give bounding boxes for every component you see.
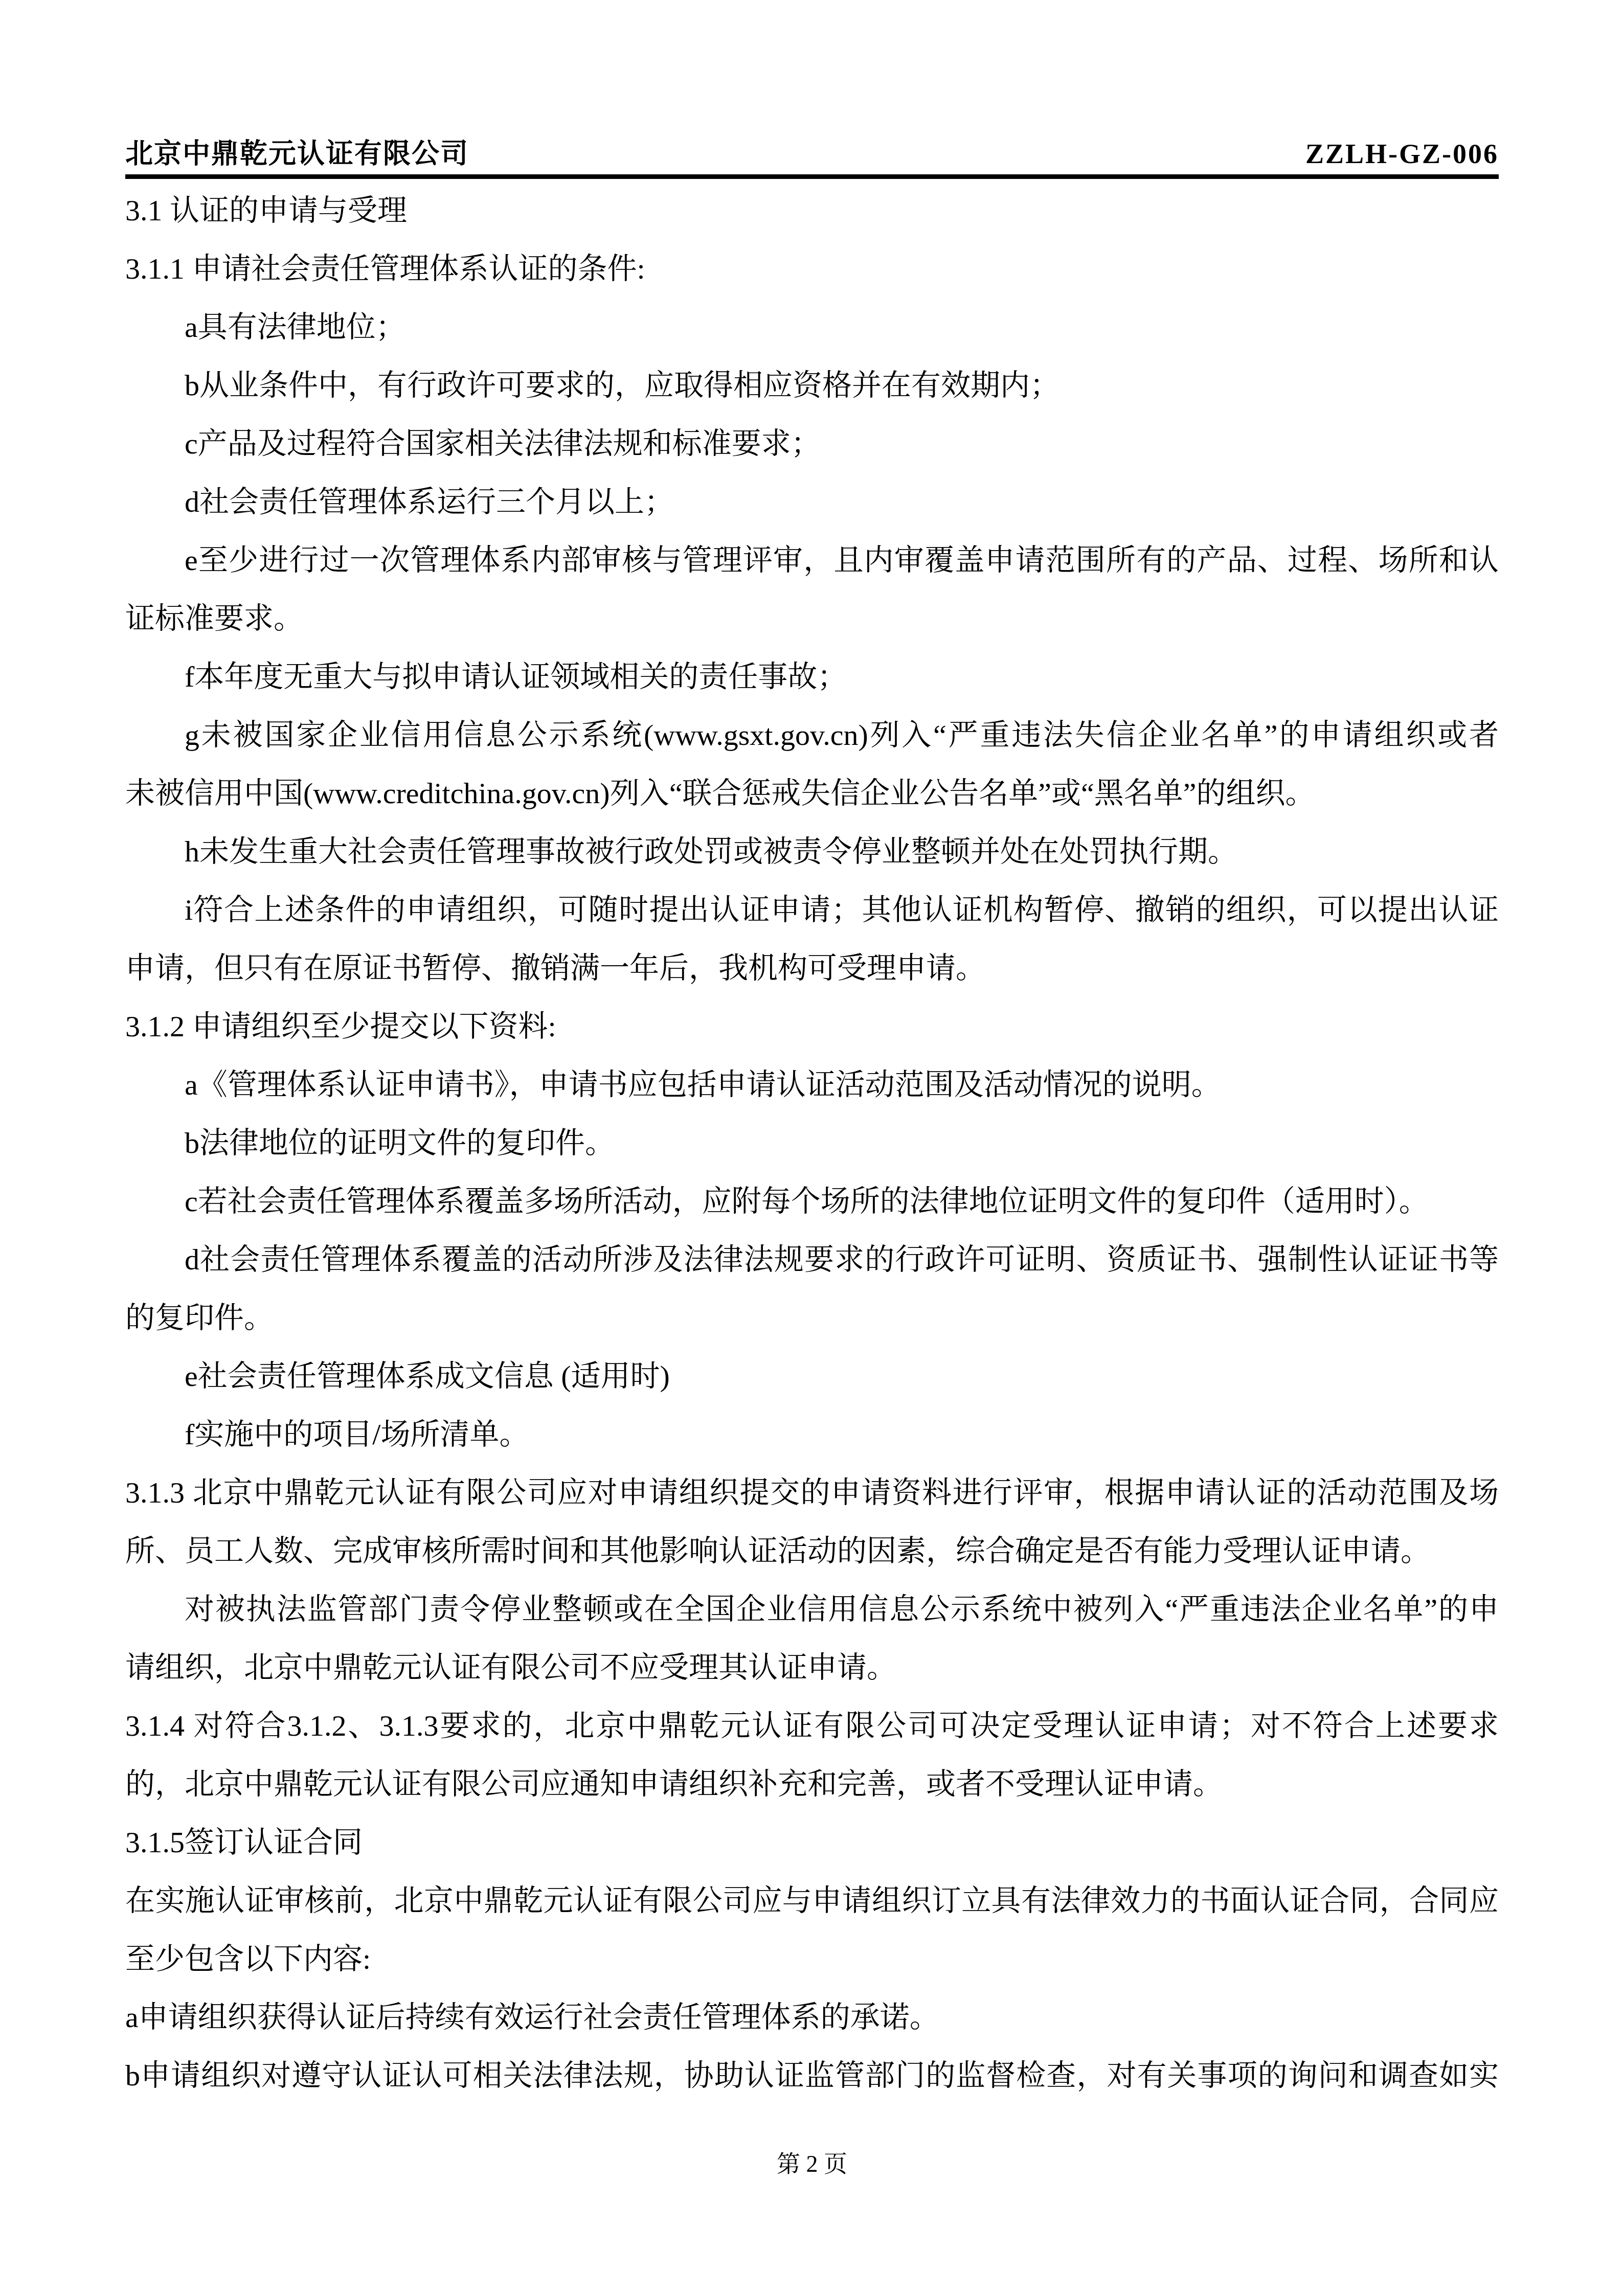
text-line: 3.1.5签订认证合同: [125, 1813, 1499, 1872]
text-line: 对被执法监管部门责令停业整顿或在全国企业信用信息公示系统中被列入“严重违法企业名…: [125, 1580, 1499, 1639]
document-body: 3.1 认证的申请与受理3.1.1 申请社会责任管理体系认证的条件:a具有法律地…: [125, 181, 1499, 2105]
text-line: 所、员工人数、完成审核所需时间和其他影响认证活动的因素，综合确定是否有能力受理认…: [125, 1522, 1499, 1580]
text-line: c若社会责任管理体系覆盖多场所活动，应附每个场所的法律地位证明文件的复印件（适用…: [125, 1172, 1499, 1231]
text-line: 在实施认证审核前，北京中鼎乾元认证有限公司应与申请组织订立具有法律效力的书面认证…: [125, 1872, 1499, 1930]
text-line: a申请组织获得认证后持续有效运行社会责任管理体系的承诺。: [125, 1988, 1499, 2047]
text-line: d社会责任管理体系覆盖的活动所涉及法律法规要求的行政许可证明、资质证书、强制性认…: [125, 1231, 1499, 1289]
company-name: 北京中鼎乾元认证有限公司: [125, 132, 469, 171]
text-line: 3.1 认证的申请与受理: [125, 181, 1499, 240]
page-footer: 第 2 页: [125, 2145, 1499, 2179]
text-line: e至少进行过一次管理体系内部审核与管理评审，且内审覆盖申请范围所有的产品、过程、…: [125, 531, 1499, 589]
text-line: i符合上述条件的申请组织，可随时提出认证申请；其他认证机构暂停、撤销的组织，可以…: [125, 881, 1499, 939]
text-line: 未被信用中国(www.creditchina.gov.cn)列入“联合惩戒失信企…: [125, 764, 1499, 823]
text-line: 申请，但只有在原证书暂停、撤销满一年后，我机构可受理申请。: [125, 939, 1499, 997]
text-line: a《管理体系认证申请书》，申请书应包括申请认证活动范围及活动情况的说明。: [125, 1056, 1499, 1114]
text-line: d社会责任管理体系运行三个月以上；: [125, 473, 1499, 531]
page-number: 第 2 页: [777, 2151, 847, 2177]
text-line: e社会责任管理体系成文信息 (适用时): [125, 1347, 1499, 1405]
text-line: a具有法律地位；: [125, 298, 1499, 356]
text-line: h未发生重大社会责任管理事故被行政处罚或被责令停业整顿并处在处罚执行期。: [125, 823, 1499, 881]
text-line: 3.1.3 北京中鼎乾元认证有限公司应对申请组织提交的申请资料进行评审，根据申请…: [125, 1464, 1499, 1522]
text-line: c产品及过程符合国家相关法律法规和标准要求；: [125, 415, 1499, 473]
text-line: 至少包含以下内容:: [125, 1930, 1499, 1988]
text-line: b从业条件中，有行政许可要求的，应取得相应资格并在有效期内；: [125, 356, 1499, 415]
document-page: 北京中鼎乾元认证有限公司 ZZLH-GZ-006 3.1 认证的申请与受理3.1…: [0, 0, 1624, 2296]
text-line: b法律地位的证明文件的复印件。: [125, 1114, 1499, 1172]
text-line: 的，北京中鼎乾元认证有限公司应通知申请组织补充和完善，或者不受理认证申请。: [125, 1755, 1499, 1813]
text-line: 3.1.4 对符合3.1.2、3.1.3要求的，北京中鼎乾元认证有限公司可决定受…: [125, 1697, 1499, 1755]
text-line: f本年度无重大与拟申请认证领域相关的责任事故；: [125, 648, 1499, 706]
text-line: f实施中的项目/场所清单。: [125, 1405, 1499, 1464]
page-header: 北京中鼎乾元认证有限公司 ZZLH-GZ-006: [125, 132, 1499, 171]
text-line: 证标准要求。: [125, 589, 1499, 648]
header-rule: [125, 174, 1499, 179]
text-line: g未被国家企业信用信息公示系统(www.gsxt.gov.cn)列入“严重违法失…: [125, 706, 1499, 764]
text-line: 的复印件。: [125, 1289, 1499, 1347]
text-line: 3.1.2 申请组织至少提交以下资料:: [125, 997, 1499, 1056]
text-line: 请组织，北京中鼎乾元认证有限公司不应受理其认证申请。: [125, 1639, 1499, 1697]
text-line: b申请组织对遵守认证认可相关法律法规，协助认证监管部门的监督检查，对有关事项的询…: [125, 2047, 1499, 2105]
text-line: 3.1.1 申请社会责任管理体系认证的条件:: [125, 240, 1499, 298]
document-number: ZZLH-GZ-006: [1305, 138, 1499, 170]
